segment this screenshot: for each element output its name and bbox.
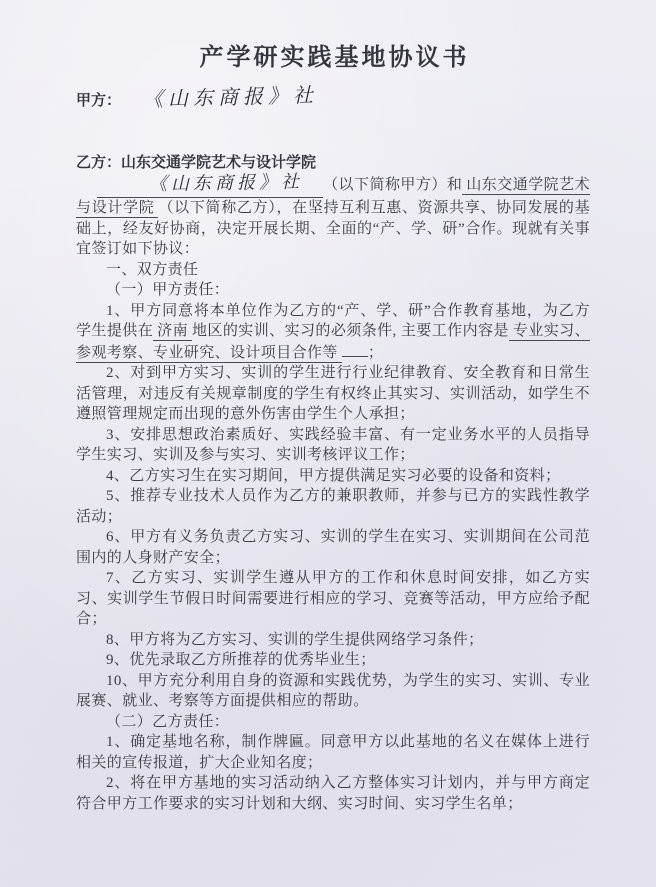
party-b-value: 山东交通学院艺术与设计学院 xyxy=(121,154,316,171)
sub-b-heading: （二）乙方责任： xyxy=(76,712,590,733)
list-item-a6: 6、甲方有义务负责乙方实习、实训的学生在实习、实训期间在公司范围内的人身财产安全… xyxy=(76,527,590,568)
intro-paragraph: 《山东商报》社（以下简称甲方）和山东交通学院艺术与设计学院（以下简称乙方），在坚… xyxy=(76,174,590,260)
party-b-row: 乙方：山东交通学院艺术与设计学院 xyxy=(76,153,590,174)
party-a-handwritten-value: 《山东商报》社 xyxy=(143,84,319,111)
list-item-a9: 9、优先录取乙方所推荐的优秀毕业生； xyxy=(76,650,590,671)
intro-after-a: （以下简称甲方）和 xyxy=(323,177,462,193)
list-item-a5: 5、推荐专业技术人员作为乙方的兼职教师，并参与已方的实践性教学活动； xyxy=(76,486,590,527)
list-item-a7: 7、乙方实习、实训学生遵从甲方的工作和休息时间安排，如乙方实习、实训学生节假日时… xyxy=(76,568,590,630)
list-item-a8: 8、甲方将为乙方实习、实训的学生提供网络学习条件； xyxy=(76,630,590,651)
section1-heading: 一、双方责任 xyxy=(76,260,590,281)
list-item-a4: 4、乙方实习生在实习期间，甲方提供满足实习必要的设备和资料； xyxy=(76,466,590,487)
list-item-b2: 2、将在甲方基地的实习活动纳入乙方整体实习计划内，并与甲方商定符合甲方工作要求的… xyxy=(76,773,590,814)
party-b-label: 乙方： xyxy=(76,154,121,171)
party-a-label: 甲方： xyxy=(76,92,121,109)
list-item-a3: 3、安排思想政治素质好、实践经验丰富、有一定业务水平的人员指导学生实习、实训及参… xyxy=(76,425,590,466)
item1-blank-location: 济南 xyxy=(153,323,192,341)
list-item-a2: 2、对到甲方实习、实训的学生进行行业纪律教育、安全教育和日常生活管理，对违反有关… xyxy=(76,363,590,425)
sub-a-heading: （一）甲方责任： xyxy=(76,280,590,301)
scanned-agreement-page: 产学研实践基地协议书 甲方：《山东商报》社 乙方：山东交通学院艺术与设计学院 《… xyxy=(0,0,656,887)
party-a-row: 甲方：《山东商报》社 xyxy=(76,87,590,112)
blank-underline-tail xyxy=(342,342,368,357)
party-a-handwritten-inline: 《山东商报》社 xyxy=(128,172,303,196)
list-item-a10: 10、甲方充分利用自身的资源和实践优势，为学生的实习、实训、专业展赛、就业、考察… xyxy=(76,671,590,712)
item1-post: ； xyxy=(368,345,383,361)
document-title: 产学研实践基地协议书 xyxy=(76,44,590,72)
party-a-blank-underline: 《山东商报》社 xyxy=(97,174,323,199)
item1-mid: 地区的实训、实习的必须条件, 主要工作内容是 xyxy=(192,323,509,339)
list-item-a1: 1、甲方同意将本单位作为乙方的“产、学、研”合作教育基地，为乙方学生提供在济南地… xyxy=(76,301,590,364)
list-item-b1: 1、确定基地名称，制作牌匾。同意甲方以此基地的名义在媒体上进行相关的宣传报道，扩… xyxy=(76,732,590,773)
